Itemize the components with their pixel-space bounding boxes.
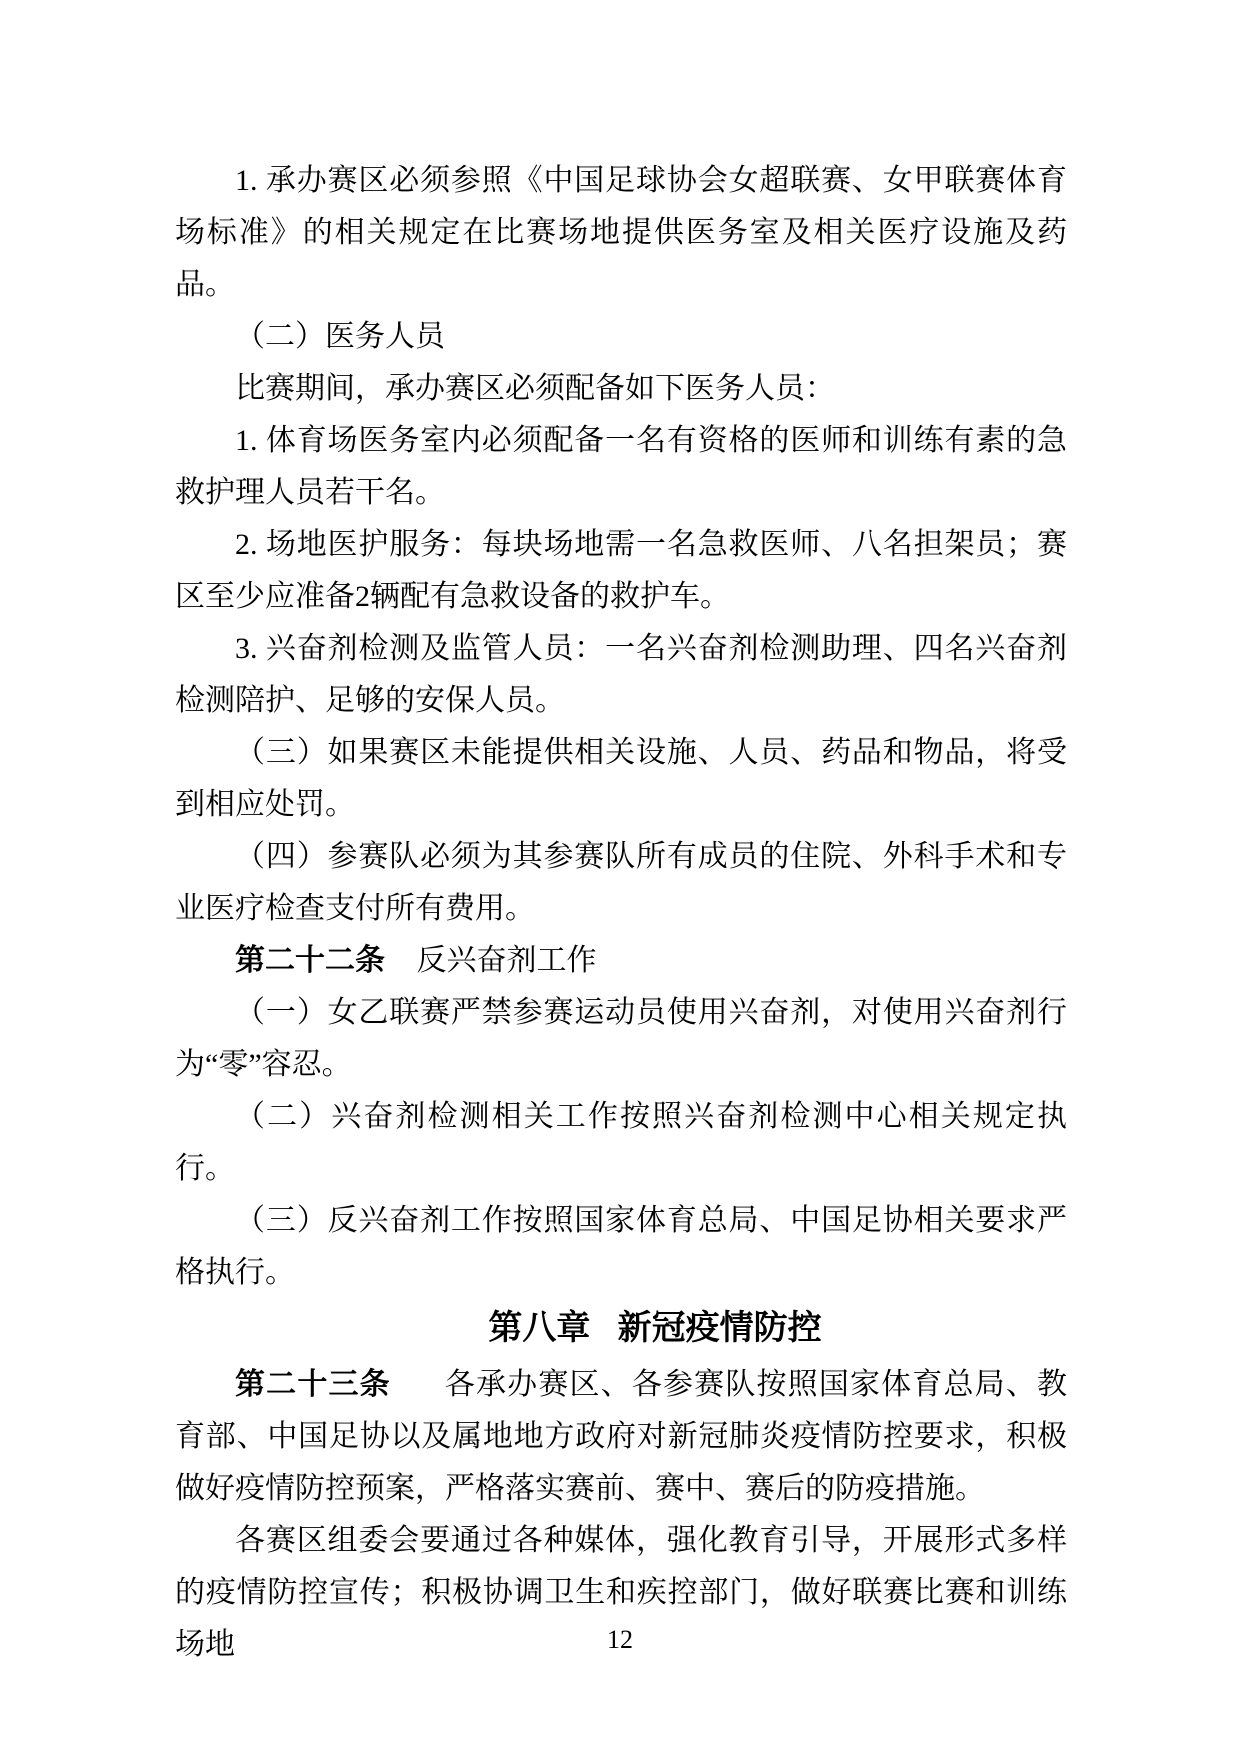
article-22-number: 第二十二条 — [235, 944, 385, 977]
article-23-paragraph: 第二十三条各承办赛区、各参赛队按照国家体育总局、教育部、中国足协以及属地地方政府… — [175, 1359, 1067, 1515]
paragraph-staff-intro: 比赛期间，承办赛区必须配备如下医务人员： — [175, 363, 1067, 415]
chapter-8-heading: 第八章新冠疫情防控 — [175, 1299, 1067, 1359]
document-page: 1. 承办赛区必须参照《中国足球协会女超联赛、女甲联赛体育场标准》的相关规定在比… — [0, 0, 1240, 1754]
paragraph-doping-test-center: （二）兴奋剂检测相关工作按照兴奋剂检测中心相关规定执行。 — [175, 1091, 1067, 1195]
page-number: 12 — [0, 1624, 1240, 1656]
paragraph-stadium-doctor: 1. 体育场医务室内必须配备一名有资格的医师和训练有素的急救护理人员若干名。 — [175, 415, 1067, 519]
paragraph-doping-personnel: 3. 兴奋剂检测及监管人员：一名兴奋剂检测助理、四名兴奋剂检测陪护、足够的安保人… — [175, 623, 1067, 727]
paragraph-venue-medical-room: 1. 承办赛区必须参照《中国足球协会女超联赛、女甲联赛体育场标准》的相关规定在比… — [175, 155, 1067, 311]
document-body: 1. 承办赛区必须参照《中国足球协会女超联赛、女甲联赛体育场标准》的相关规定在比… — [175, 155, 1067, 1671]
article-22-heading: 第二十二条反兴奋剂工作 — [175, 935, 1067, 987]
paragraph-team-medical-costs: （四）参赛队必须为其参赛队所有成员的住院、外科手术和专业医疗检查支付所有费用。 — [175, 831, 1067, 935]
chapter-8-title: 新冠疫情防控 — [618, 1310, 822, 1347]
subheading-medical-staff: （二）医务人员 — [175, 311, 1067, 363]
paragraph-anti-doping-execution: （三）反兴奋剂工作按照国家体育总局、中国足协相关要求严格执行。 — [175, 1195, 1067, 1299]
paragraph-penalty: （三）如果赛区未能提供相关设施、人员、药品和物品，将受到相应处罚。 — [175, 727, 1067, 831]
chapter-8-number: 第八章 — [488, 1310, 590, 1347]
article-22-title: 反兴奋剂工作 — [417, 944, 597, 977]
paragraph-anti-doping-zero-tolerance: （一）女乙联赛严禁参赛运动员使用兴奋剂，对使用兴奋剂行为“零”容忍。 — [175, 987, 1067, 1091]
article-23-number: 第二十三条 — [235, 1368, 391, 1401]
paragraph-field-medical-service: 2. 场地医护服务：每块场地需一名急救医师、八名担架员；赛区至少应准备2辆配有急… — [175, 519, 1067, 623]
